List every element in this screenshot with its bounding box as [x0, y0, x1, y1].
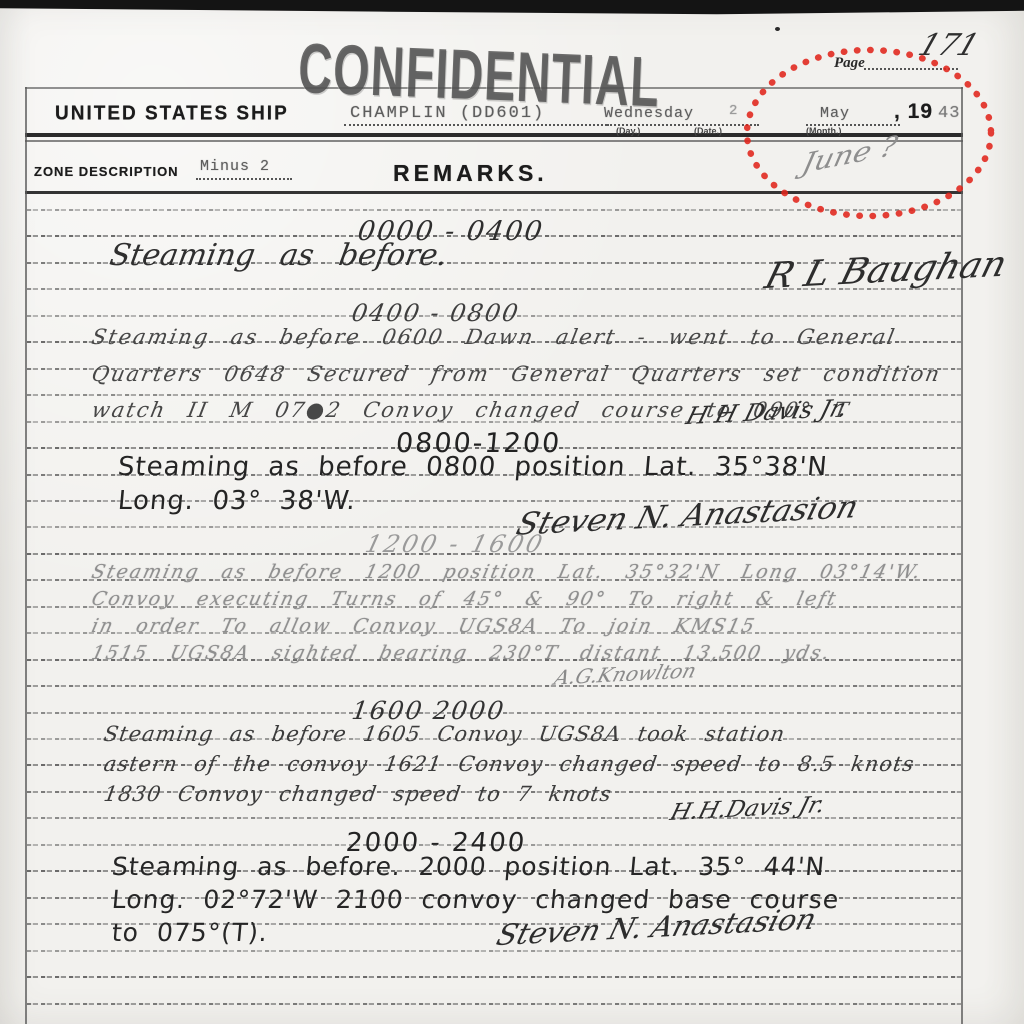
entry-line: Steaming as before. [107, 238, 450, 273]
scan-edge-bar [0, 0, 1024, 15]
entry-time: 1200 - 1600 [363, 530, 549, 558]
day-label: (Day.) [616, 126, 640, 136]
zone-description-label: ZONE DESCRIPTION [34, 164, 179, 179]
ruled-line [27, 685, 961, 687]
right-border-rule [961, 87, 963, 1024]
entry-signature: Steven N. Anastasion [512, 489, 862, 542]
entry-signature: R L Baughan [761, 244, 1012, 297]
ship-name-line [344, 124, 607, 126]
entry-line: Long. 03° 38'W. [117, 486, 358, 516]
date-label: (Date.) [694, 126, 722, 136]
entry-line: Steaming as before 1605 Convoy UGS8A too… [102, 722, 787, 746]
entry-line: Steaming as before 1200 position Lat. 35… [89, 561, 924, 583]
confidential-stamp: CONFIDENTIAL [297, 26, 662, 123]
entry-time: 1600 2000 [350, 696, 507, 725]
ship-label: UNITED STATES SHIP [55, 102, 289, 126]
entry-line: 1830 Convoy changed speed to 7 knots [102, 782, 614, 806]
entry-line: 1515 UGS8A sighted bearing 230°T distant… [89, 642, 833, 664]
left-border-rule [25, 87, 27, 1024]
zone-line [196, 178, 292, 180]
ruled-line [27, 976, 961, 978]
remarks-label: REMARKS. [393, 160, 548, 187]
entry-line: in order To allow Convoy UGS8A To join K… [89, 615, 758, 637]
entry-line: Quarters 0648 Secured from General Quart… [90, 362, 944, 386]
entry-line: Convoy executing Turns of 45° & 90° To r… [89, 588, 839, 610]
entry-line: astern of the convoy 1621 Convoy changed… [102, 752, 916, 776]
entry-time: 0400 - 0800 [350, 299, 522, 327]
deck-log-page: CONFIDENTIAL Page 171 UNITED STATES SHIP… [0, 0, 1024, 1024]
date-value-typed: 2 [729, 103, 738, 119]
entry-line: to 075°(T). [111, 918, 270, 947]
ink-speck [775, 27, 780, 31]
entry-signature: H.H.Davis Jr. [667, 792, 828, 826]
zone-description-value: Minus 2 [200, 158, 270, 175]
entry-line: Steaming as before. 2000 position Lat. 3… [111, 852, 827, 881]
entry-line: Steaming as before 0800 position Lat. 35… [117, 452, 829, 482]
entry-line: Steaming as before 0600 Dawn alert - wen… [90, 325, 899, 349]
ruled-line [27, 1003, 961, 1005]
red-dotted-circle-annotation [738, 42, 1000, 224]
